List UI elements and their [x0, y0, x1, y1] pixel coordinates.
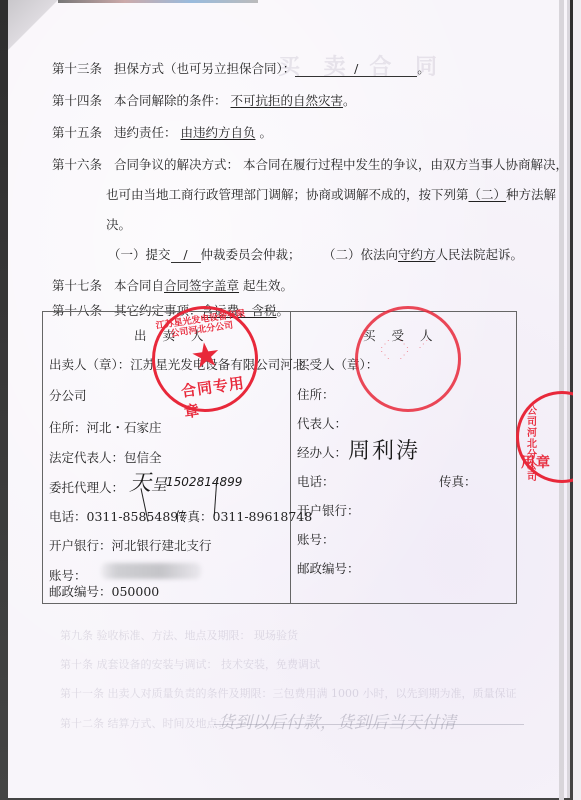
buyer-address: 住所：: [297, 385, 335, 403]
buyer-postcode: 邮政编号：: [297, 559, 360, 577]
field-label: 开户银行：: [49, 538, 112, 553]
seller-bank: 开户银行：河北银行建北支行: [49, 536, 212, 554]
bleed-through-line: 第九条 验收标准、方法、地点及期限： 现场验货: [60, 627, 298, 643]
buyer-phone: 电话：: [297, 472, 335, 490]
seller-fax: 传真：0311-89618748: [175, 507, 312, 525]
article-label: 合同争议的解决方式：: [114, 157, 239, 172]
stamp-star-icon: ★: [188, 337, 223, 375]
field-label: 住所：: [49, 420, 87, 435]
dispute-option-1: （一）提交/仲裁委员会仲裁；: [108, 245, 301, 263]
seller-postcode: 邮政编号：050000: [49, 582, 159, 600]
article-label: 本合同自: [114, 278, 164, 293]
court-value: 守约方: [398, 247, 436, 262]
seller-phone: 电话：0311-85854897: [49, 507, 186, 525]
account-redaction-blur: [101, 563, 201, 579]
termination-condition: 不可抗拒的自然灾害: [231, 93, 344, 108]
article-label: 担保方式（也可另立担保合同）：: [114, 61, 295, 76]
article-label: 本合同解除的条件：: [114, 93, 227, 108]
dispute-method-choice: （二）: [469, 187, 507, 202]
buyer-handler-signature: 周利涛: [348, 434, 420, 465]
article-number: 第十六条: [52, 155, 114, 173]
article-15: 第十五条违约责任： 由违约方自负 。: [52, 123, 272, 141]
article-14: 第十四条本合同解除的条件： 不可抗拒的自然灾害。: [52, 91, 356, 109]
bleed-through-line: 第十一条 出卖人对质量负责的条件及期限：三包费用满 1000 小时，以先到期为准…: [60, 685, 516, 701]
buyer-account: 账号：: [297, 530, 335, 548]
article-16-line-2: 也可由当地工商行政管理部门调解；协商或调解不成的，按下列第（二）种方法解: [106, 185, 556, 203]
article-number: 第十五条: [52, 123, 114, 141]
field-label: 委托代理人：: [49, 480, 124, 495]
bleed-through-line: 第十二条 结算方式、时间及地点：: [60, 715, 229, 731]
field-value: 河北银行建北支行: [112, 538, 212, 553]
article-number: 第十三条: [52, 59, 114, 77]
article-suffix: 起生效。: [243, 278, 293, 293]
field-value: 050000: [112, 584, 160, 599]
article-number: 第十七条: [52, 276, 114, 294]
field-label: 邮政编号：: [49, 584, 112, 599]
liability-value: 由违约方自负: [181, 125, 256, 140]
article-text: 也可由当地工商行政管理部门调解；协商或调解不成的，按下列第: [106, 187, 469, 202]
field-label: 出卖人（章）：: [49, 357, 130, 372]
dispute-option-2: （二）依法向守约方人民法院起诉。: [323, 245, 523, 263]
article-text: 种方法解: [506, 187, 556, 202]
buyer-rep: 代表人：: [297, 414, 347, 432]
stamp-faint-text: ⋰ ⋱ ⋰ ⋱ ⋰: [380, 339, 440, 379]
buyer-bank: 开户银行：: [297, 501, 360, 519]
option-suffix: 仲裁委员会仲裁；: [201, 247, 301, 262]
buyer-fax: 传真：: [439, 472, 477, 490]
page-fold-corner: [8, 0, 58, 60]
option-suffix: 人民法院起诉。: [436, 247, 524, 262]
option-prefix: （一）提交: [108, 247, 171, 262]
field-label: 电话：: [49, 509, 87, 524]
field-value: 包信全: [124, 450, 162, 465]
article-text: 本合同在履行过程中发生的争议，由双方当事人协商解决，: [243, 157, 568, 172]
article-suffix: 。: [343, 93, 356, 108]
buyer-handler: 经办人：: [297, 443, 347, 461]
seller-agent-signature: 天呈1502814899: [129, 466, 242, 497]
field-value: 河北・石家庄: [87, 420, 162, 435]
field-label: 法定代表人：: [49, 450, 124, 465]
guarantee-value: /: [295, 62, 417, 77]
article-16-line-3: 决。: [106, 215, 131, 233]
seller-address: 住所：河北・石家庄: [49, 418, 162, 436]
article-13: 第十三条担保方式（也可另立担保合同）：/。: [52, 59, 430, 77]
article-suffix: 。: [260, 125, 273, 140]
bleed-through-underline: [214, 724, 524, 725]
field-label: 传真：: [175, 509, 213, 524]
article-number: 第十四条: [52, 91, 114, 109]
arbitration-value: /: [171, 248, 201, 263]
article-label: 违约责任：: [114, 125, 177, 140]
field-label: 账号：: [49, 568, 87, 583]
article-16: 第十六条合同争议的解决方式： 本合同在履行过程中发生的争议，由双方当事人协商解决…: [52, 155, 568, 173]
page-margin-strip: [573, 0, 581, 800]
bleed-through-handwriting: 货到以后付款，货到后当天付清: [218, 708, 456, 733]
effective-condition: 合同签字盖章: [164, 278, 239, 293]
field-value: 0311-85854897: [87, 509, 187, 524]
buyer-company-stamp: ⋰ ⋱ ⋰ ⋱ ⋰: [355, 306, 461, 412]
option-prefix: （二）依法向: [323, 247, 398, 262]
article-suffix: 。: [417, 61, 430, 76]
article-17: 第十七条本合同自合同签字盖章 起生效。: [52, 276, 293, 294]
seller-legal-rep: 法定代表人：包信全: [49, 448, 162, 466]
seller-name-cont: 分公司: [49, 386, 87, 404]
seller-agent: 委托代理人：: [49, 478, 124, 496]
stamp-bottom-text: 用章: [521, 452, 551, 472]
scan-edge-strip: [58, 0, 258, 3]
bleed-through-line: 第十条 成套设备的安装与调试： 技术安装，免费调试: [60, 656, 320, 672]
